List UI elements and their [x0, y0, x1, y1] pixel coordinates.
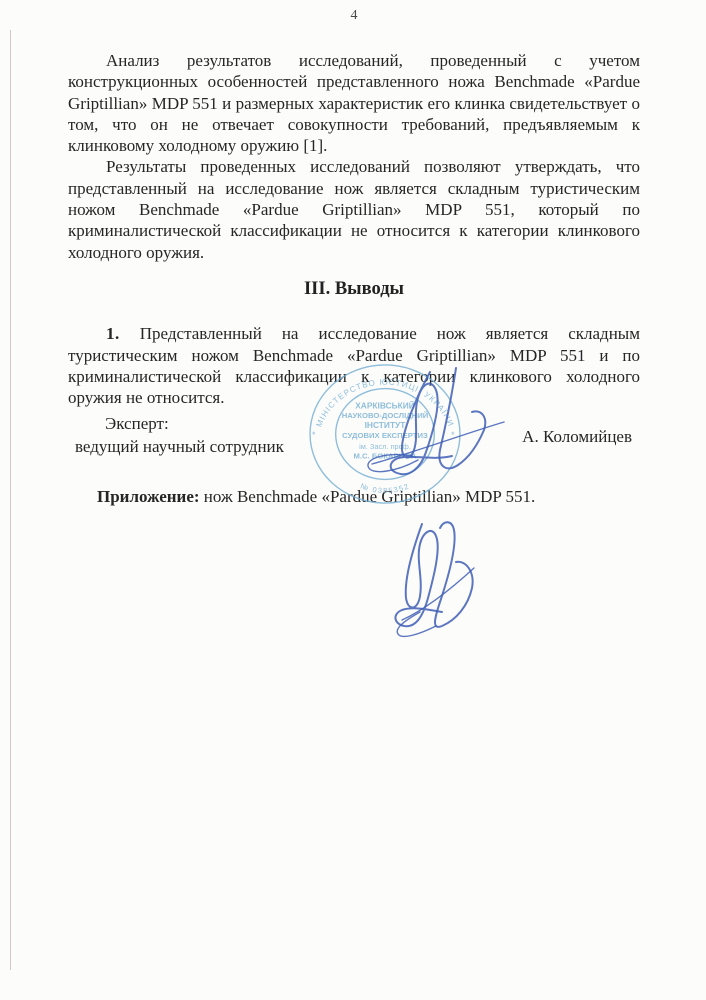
paragraph-results: Результаты проведенных исследований позв… — [68, 156, 640, 262]
page-number: 4 — [68, 8, 640, 24]
attachment-label: Приложение: — [97, 487, 200, 506]
section-heading-conclusions: III. Выводы — [68, 279, 640, 300]
report-body: Анализ результатов исследований, проведе… — [68, 50, 640, 408]
expert-label: Эксперт: — [75, 412, 284, 435]
paragraph-analysis: Анализ результатов исследований, проведе… — [68, 50, 640, 156]
stamp-star-left-icon: * — [312, 430, 316, 440]
expert-handwritten-signature — [352, 360, 512, 484]
expert-titles: Эксперт: ведущий научный сотрудник — [75, 412, 284, 458]
second-handwritten-signature — [390, 518, 485, 643]
expert-name: А. Коломийцев — [522, 425, 632, 458]
expert-position: ведущий научный сотрудник — [75, 435, 284, 458]
scan-edge-artifact — [10, 30, 11, 970]
conclusion-number: 1. — [106, 324, 120, 343]
scanned-report-page: 4 Анализ результатов исследований, прове… — [0, 0, 706, 1000]
